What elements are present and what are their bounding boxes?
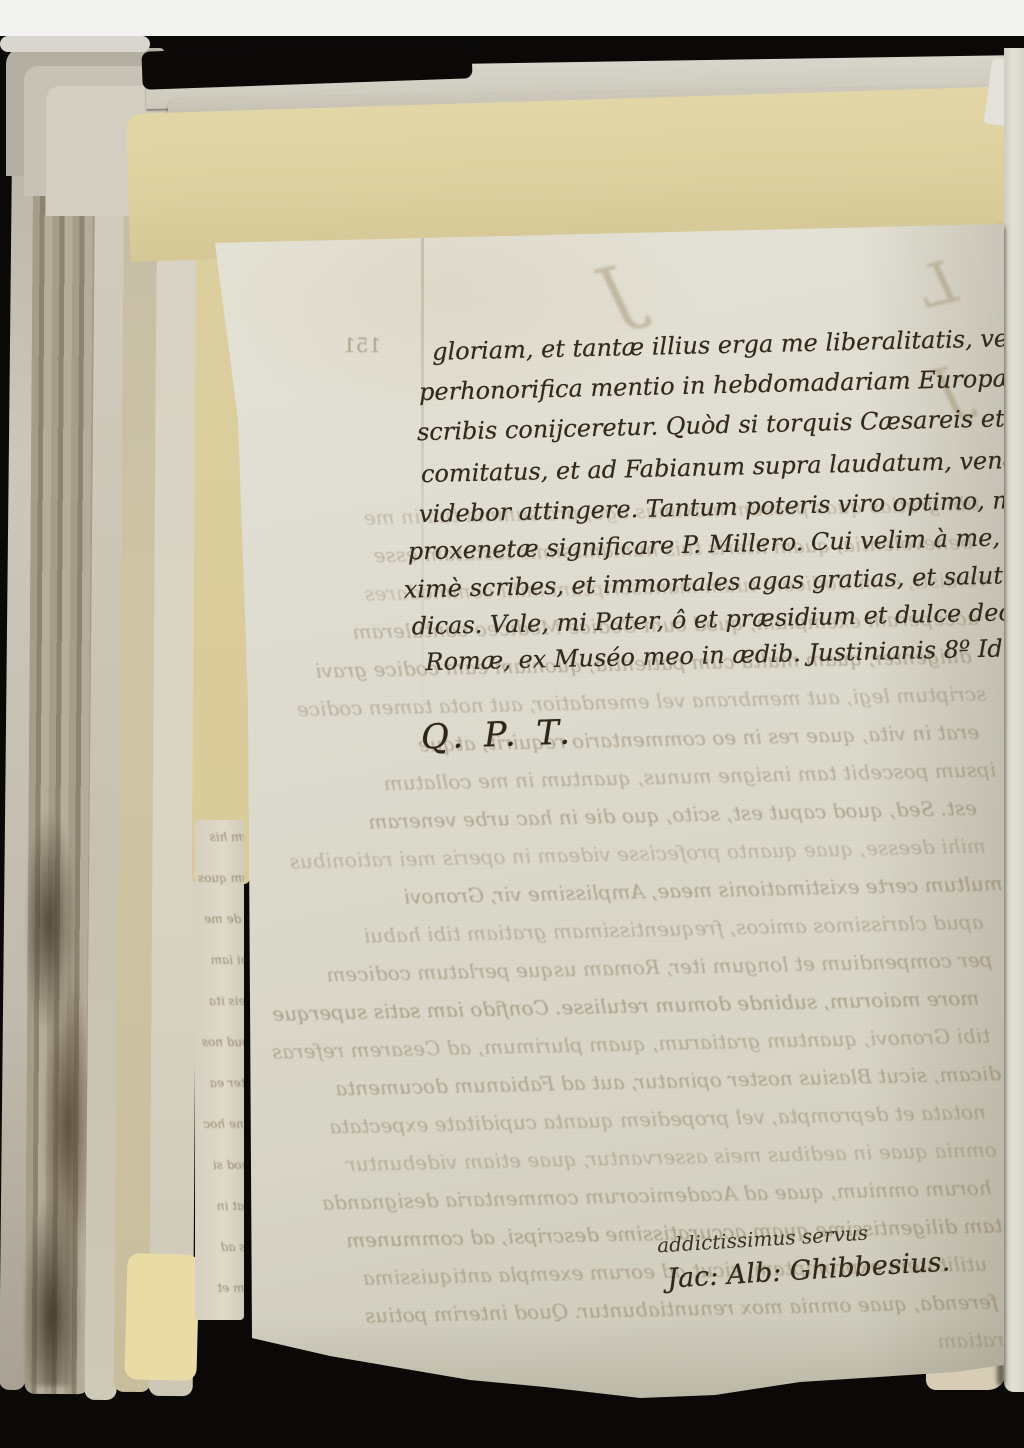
edge-script-line: erat in [197,1199,244,1213]
edge-script-line: his ad [197,1240,244,1254]
scan-white-margin [0,0,1024,36]
letter-line: videbor attingere. Tantum poteris viro o… [419,481,1024,528]
edge-script-line: tum et [197,1281,244,1295]
letter-line: Romæ, ex Muséo meo in ædib. Justinianis … [425,632,1024,676]
facing-page-edge [1004,48,1024,1392]
edge-script-line: sane hoc [197,1117,244,1131]
edge-script-line: nam quos [197,871,244,885]
edge-script-line: meis ita [197,994,244,1008]
letter-line: ximè scribes, et immortales agas gratias… [403,558,1024,604]
edge-script-line: inter ea [197,1076,244,1090]
letter-line: perhonorifica mentio in hebdomadariam Eu… [419,359,1024,407]
letter-line: gloriam, et tantæ illius erga me liberal… [432,320,1024,366]
letter-line: proxenetæ significare P. Millero. Cui ve… [408,521,1024,565]
photo-area: cum his nam quos et de me tibi iam meis … [0,36,1024,1448]
edge-script-line: cum his [197,830,244,844]
edge-script-line: et de me [197,912,244,926]
letter-page: 151 J L J tibi gratias quas possum maxim… [205,215,1005,1425]
letter-line: scribis conijceretur. Quòd si torquis Cæ… [417,398,1024,446]
manuscript-photo: cum his nam quos et de me tibi iam meis … [0,0,1024,1448]
edge-script-line: tibi iam [197,953,244,967]
page-edge-top-left-band [0,36,150,52]
letter-closing-initials: Q. P. T. [420,712,575,757]
letter-line: dicas. Vale, mi Pater, ô et præsidium et… [411,595,1024,640]
letter-line: comitatus, et ad Fabianum supra laudatum… [421,441,1024,488]
edge-script-line: quod si [197,1158,244,1172]
under-page-tan-bottom-wedge [124,1253,199,1381]
edge-script-line: apud nos [197,1035,244,1049]
letter-text: gloriam, et tantæ illius erga me liberal… [202,201,1024,1430]
verso-script-page-edge: cum his nam quos et de me tibi iam meis … [195,820,244,1320]
